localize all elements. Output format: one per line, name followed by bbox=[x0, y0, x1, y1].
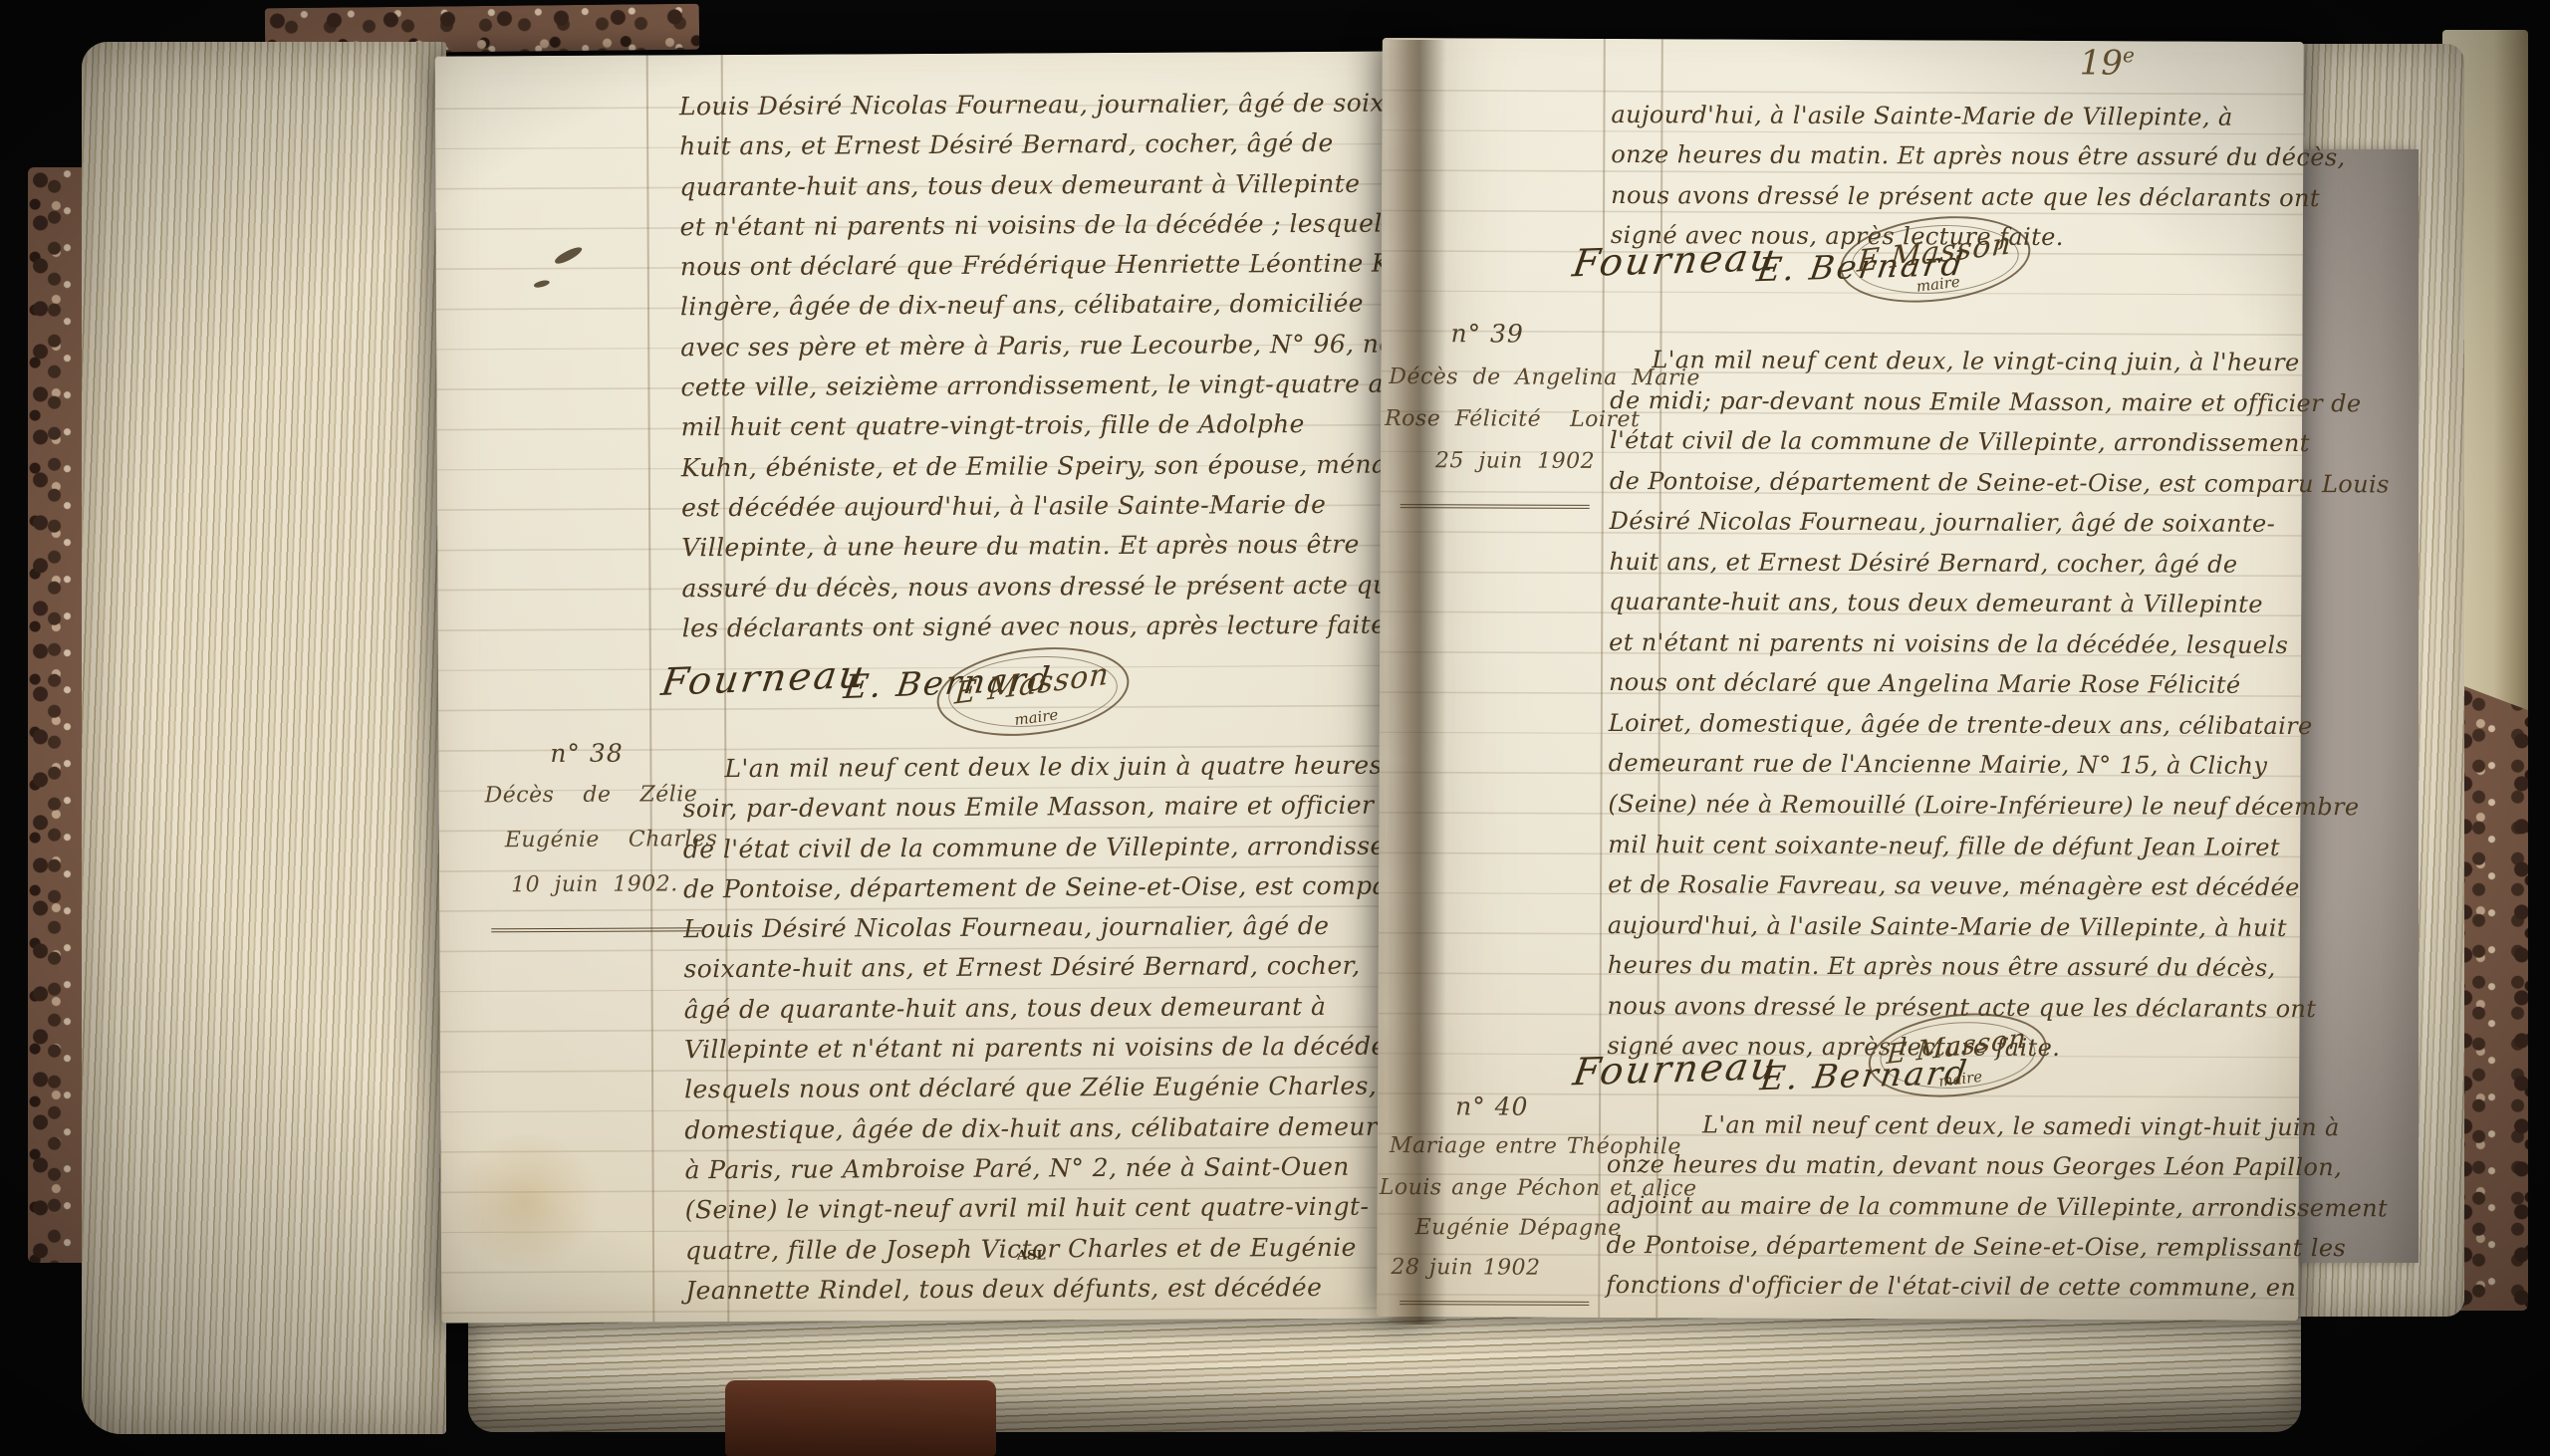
act-38-margin-line: 10 juin 1902. bbox=[511, 871, 678, 897]
paper-stain bbox=[450, 1131, 601, 1272]
folio-number-main: 19 bbox=[2080, 43, 2123, 83]
act-39-margin-line: 25 juin 1902 bbox=[1435, 448, 1595, 474]
act-39-text: L'an mil neuf cent deux, le vingt-cinq j… bbox=[1607, 340, 2307, 1070]
folio-number-sup: e bbox=[2123, 43, 2135, 67]
folio-number: 19e bbox=[2080, 43, 2135, 84]
signature-fourneau: Fourneau bbox=[1571, 1044, 1781, 1093]
right-register-page: 19e aujourd'hui, à l'asile Sainte-Marie … bbox=[1377, 38, 2304, 1321]
signature-fourneau: Fourneau bbox=[658, 652, 869, 704]
act-40-margin-line: 28 juin 1902 bbox=[1391, 1255, 1540, 1281]
act-40-margin-line: Eugénie Dépagne bbox=[1415, 1215, 1622, 1241]
margin-double-underline bbox=[1401, 504, 1590, 509]
marginal-annotation: ASL bbox=[1017, 1248, 1046, 1263]
act-40-number: n° 40 bbox=[1455, 1092, 1528, 1120]
gray-bookmark-card bbox=[2291, 149, 2419, 1263]
signature-fourneau: Fourneau bbox=[1570, 235, 1780, 285]
act-38-number: n° 38 bbox=[550, 739, 624, 768]
book-spine-bottom bbox=[725, 1380, 996, 1456]
left-register-page: Louis Désiré Nicolas Fourneau, journalie… bbox=[435, 51, 1426, 1323]
act-38-text: L'an mil neuf cent deux le dix juin à qu… bbox=[682, 745, 1417, 1311]
act-40-text: L'an mil neuf cent deux, le samedi vingt… bbox=[1606, 1104, 2304, 1309]
left-page-edge-stack bbox=[82, 42, 446, 1434]
act-39-margin-line: Rose Félicité Loiret bbox=[1385, 406, 1640, 432]
margin-double-underline bbox=[1400, 1301, 1589, 1306]
act-39-number: n° 39 bbox=[1450, 319, 1523, 348]
act-38-margin-line: Décès de Zélie bbox=[484, 782, 697, 808]
photograph-of-register: se) es, ier ous . Louis Désiré Nicolas F… bbox=[0, 0, 2550, 1456]
act-37-text: Louis Désiré Nicolas Fourneau, journalie… bbox=[679, 83, 1414, 648]
